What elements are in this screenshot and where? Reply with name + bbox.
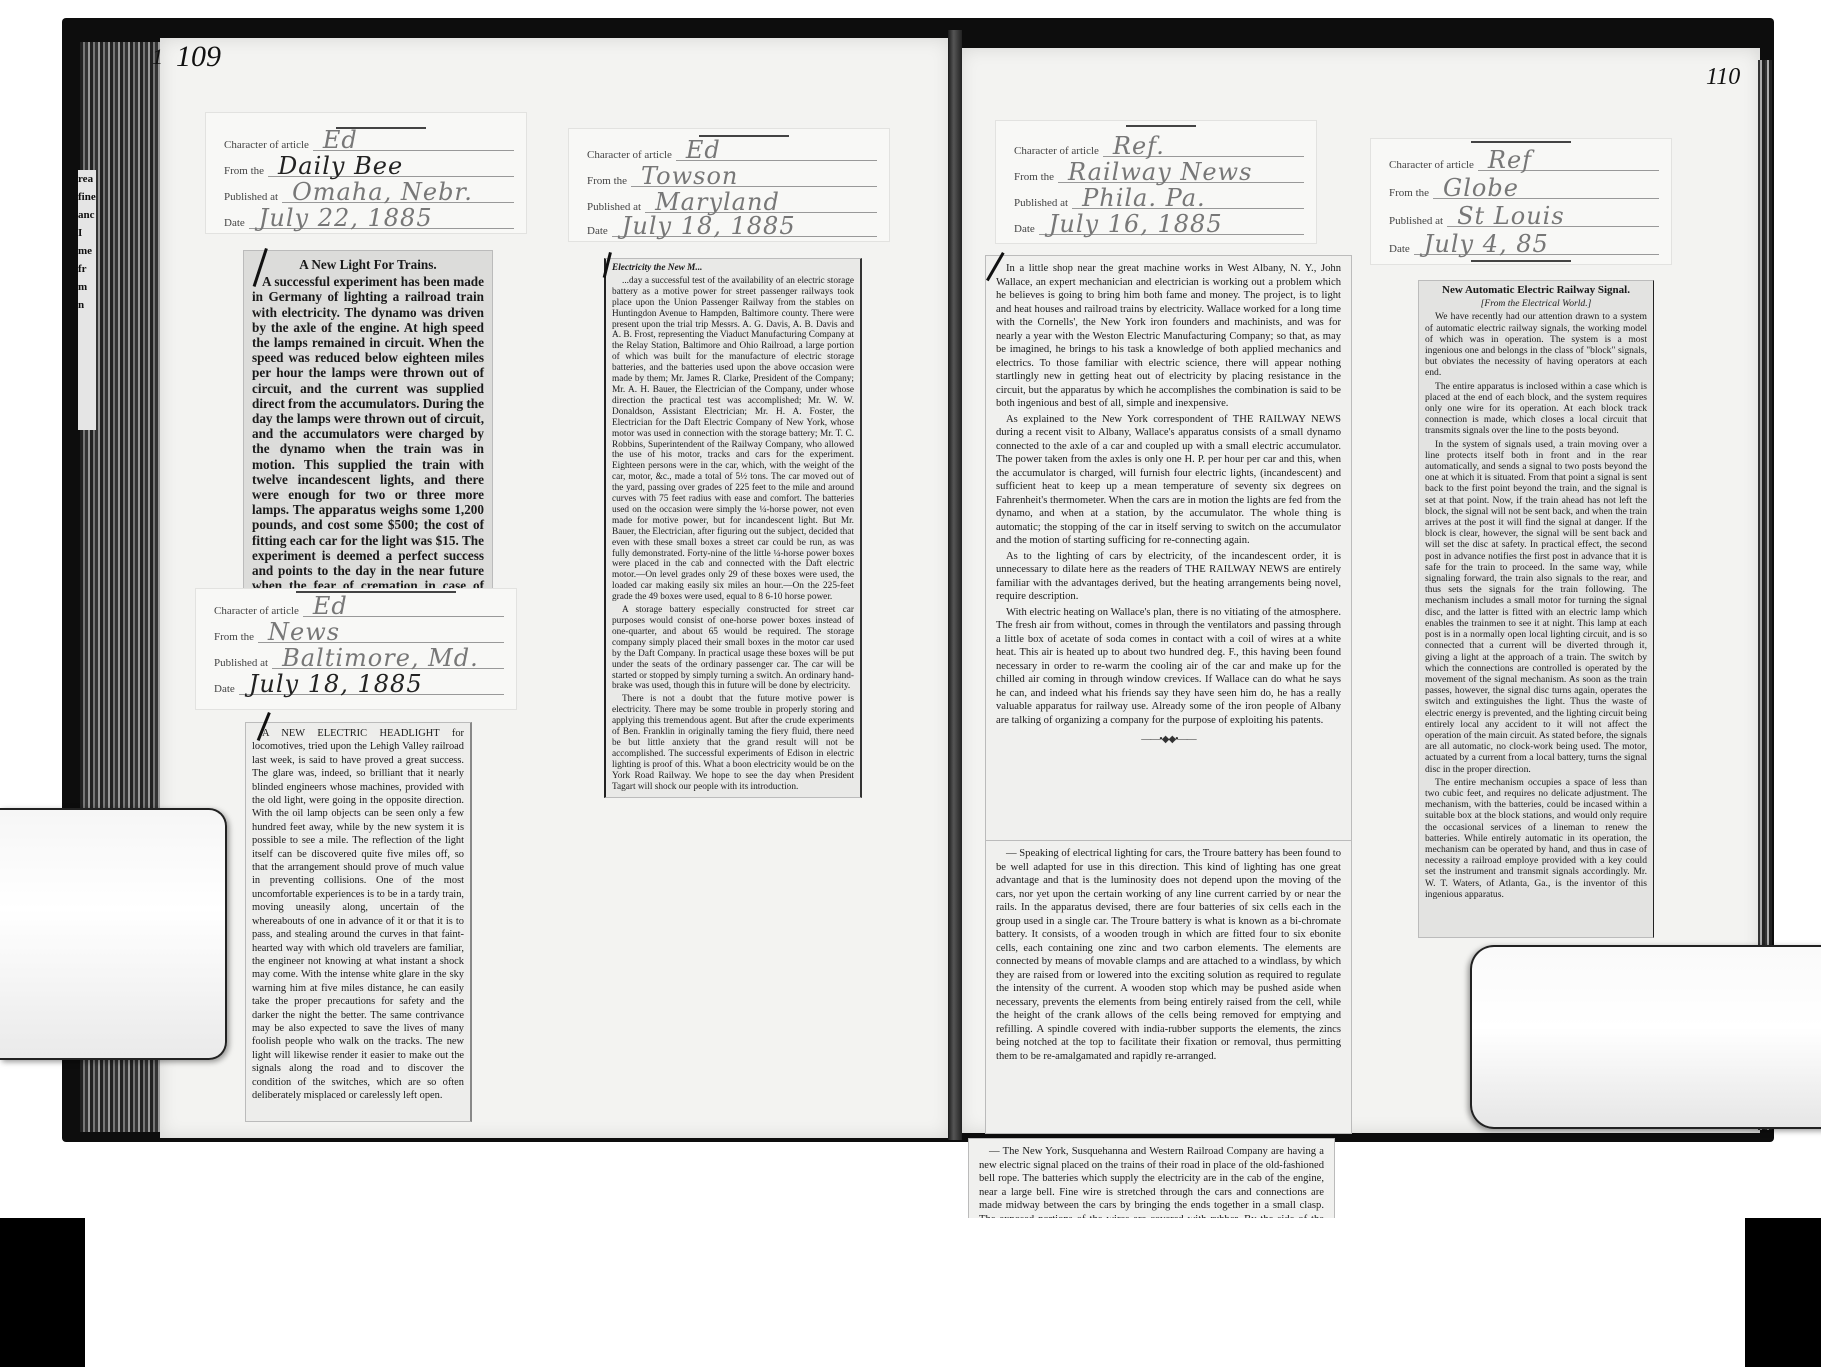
clipping-paragraph: ...day a successful test of the availabi… (612, 276, 854, 603)
published-label: Published at (224, 191, 278, 203)
date-line: July 16, 1885 (1039, 234, 1304, 235)
published-row: Published at Baltimore, Md. (214, 647, 504, 669)
from-value: News (268, 618, 340, 646)
left-page-number: 109 (176, 40, 221, 74)
from-line: Globe (1433, 198, 1659, 199)
from-row: From the Towson (587, 165, 877, 187)
from-value: Railway News (1068, 158, 1252, 186)
date-label: Date (214, 683, 235, 695)
date-line: July 22, 1885 (249, 228, 514, 229)
date-label: Date (1389, 243, 1410, 255)
fragment-text: fine (78, 188, 96, 206)
clipping-paragraph: As to the lighting of cars by electricit… (996, 550, 1341, 604)
fragment-text: anc (78, 206, 96, 224)
date-label: Date (1014, 223, 1035, 235)
from-label: From the (1014, 171, 1054, 183)
from-value: Globe (1443, 174, 1519, 202)
date-value: July 18, 1885 (249, 670, 423, 698)
clipping-automatic-railway-signal: New Automatic Electric Railway Signal. [… (1418, 280, 1654, 938)
date-row: Date July 16, 1885 (1014, 213, 1304, 235)
date-value: July 16, 1885 (1049, 210, 1223, 238)
scan-background (85, 1218, 1745, 1367)
character-row: Character of article Ed (587, 139, 877, 161)
clipping-paragraph: A storage battery especially constructed… (612, 605, 854, 692)
article-label-form: Character of article Ref From the Globe … (1370, 138, 1672, 265)
published-label: Published at (214, 657, 268, 669)
character-value: Ed (323, 126, 358, 154)
published-row: Published at Maryland (587, 191, 877, 213)
character-line: Ref (1478, 170, 1659, 171)
character-label: Character of article (214, 605, 299, 617)
form-rule (1126, 125, 1196, 127)
form-rule (1471, 141, 1571, 143)
clipping-paragraph: The entire mechanism occupies a space of… (1425, 777, 1647, 900)
character-row: Character of article Ed (224, 129, 514, 151)
scan-border (0, 1218, 85, 1367)
clipping-electric-headlight: A NEW ELECTRIC HEADLIGHT for locomotives… (245, 722, 472, 1122)
published-row: Published at St Louis (1389, 205, 1659, 227)
fragment-text: fr (78, 260, 96, 278)
from-line: Daily Bee (268, 176, 514, 177)
from-line: Towson (631, 186, 877, 187)
date-row: Date July 18, 1885 (587, 215, 877, 237)
clipping-title: A New Light For Trains. (252, 257, 484, 272)
character-label: Character of article (224, 139, 309, 151)
date-label: Date (587, 225, 608, 237)
paper-weight-left (0, 808, 227, 1060)
clipping-body: — Speaking of electrical lighting for ca… (996, 847, 1341, 1063)
published-line: Phila. Pa. (1072, 208, 1304, 209)
from-row: From the News (214, 621, 504, 643)
published-label: Published at (1389, 215, 1443, 227)
article-label-form: Character of article Ref. From the Railw… (995, 120, 1317, 244)
character-line: Ref. (1103, 156, 1304, 157)
from-row: From the Daily Bee (224, 155, 514, 177)
article-label-form: Character of article Ed From the News Pu… (195, 588, 517, 710)
character-value: Ed (313, 592, 348, 620)
clipping-paragraph: We have recently had our attention drawn… (1425, 311, 1647, 378)
character-value: Ref (1488, 146, 1532, 174)
published-row: Published at Omaha, Nebr. (224, 181, 514, 203)
right-page-number: 110 (1706, 64, 1740, 91)
published-value: St Louis (1457, 202, 1565, 230)
published-value: Baltimore, Md. (282, 644, 479, 672)
fragment-text: n (78, 296, 96, 314)
published-line: Baltimore, Md. (272, 668, 504, 669)
clipping-paragraph: As explained to the New York corresponde… (996, 413, 1341, 548)
fragment-text: rea (78, 170, 96, 188)
article-label-form: Character of article Ed From the Daily B… (205, 112, 527, 234)
published-row: Published at Phila. Pa. (1014, 187, 1304, 209)
date-row: Date July 18, 1885 (214, 673, 504, 695)
clipping-title: New Automatic Electric Railway Signal. (1425, 285, 1647, 296)
character-line: Ed (313, 150, 514, 151)
clipping-paragraph: In the system of signals used, a train m… (1425, 439, 1647, 775)
clipping-new-light-for-trains: A New Light For Trains. A successful exp… (243, 250, 493, 593)
date-line: July 18, 1885 (239, 694, 504, 695)
clipping-troure-battery: — Speaking of electrical lighting for ca… (985, 840, 1352, 1134)
from-value: Towson (641, 162, 738, 190)
date-line: July 18, 1885 (612, 236, 877, 237)
article-label-form: Character of article Ed From the Towson … (568, 128, 890, 242)
from-label: From the (224, 165, 264, 177)
book-spine (948, 30, 962, 1140)
date-value: July 18, 1885 (622, 212, 796, 240)
clipping-paragraph: The entire apparatus is inclosed within … (1425, 381, 1647, 437)
published-label: Published at (1014, 197, 1068, 209)
published-value: Phila. Pa. (1082, 184, 1206, 212)
character-label: Character of article (1014, 145, 1099, 157)
fragment-text: me (78, 242, 96, 260)
ornament-divider: ——•◆◆•—— (996, 733, 1341, 747)
character-value: Ref. (1113, 132, 1165, 160)
character-row: Character of article Ed (214, 595, 504, 617)
from-label: From the (214, 631, 254, 643)
from-value: Daily Bee (278, 152, 403, 180)
clipping-title: Electricity the New M... (612, 263, 854, 274)
character-value: Ed (686, 136, 721, 164)
from-line: Railway News (1058, 182, 1304, 183)
character-row: Character of article Ref. (1014, 135, 1304, 157)
from-row: From the Railway News (1014, 161, 1304, 183)
scan-border (1745, 1218, 1821, 1367)
form-rule (1471, 260, 1571, 262)
from-row: From the Globe (1389, 177, 1659, 199)
date-value: July 22, 1885 (259, 204, 433, 232)
published-line: St Louis (1447, 226, 1659, 227)
clipping-wallace-electric-heating: In a little shop near the great machine … (985, 255, 1352, 844)
clipping-paragraph: There is not a doubt that the future mot… (612, 694, 854, 792)
clipping-paragraph: In a little shop near the great machine … (996, 262, 1341, 411)
fragment-text: m (78, 278, 96, 296)
paper-weight-right (1470, 945, 1821, 1129)
clipping-source: [From the Electrical World.] (1425, 298, 1647, 309)
date-value: July 4, 85 (1424, 230, 1549, 258)
date-line: July 4, 85 (1414, 254, 1659, 255)
character-row: Character of article Ref (1389, 149, 1659, 171)
clipping-paragraph: With electric heating on Wallace's plan,… (996, 606, 1341, 728)
published-value: Omaha, Nebr. (292, 178, 473, 206)
previous-page-fragment: rea fine anc I me fr m n (78, 170, 96, 430)
character-label: Character of article (1389, 159, 1474, 171)
character-line: Ed (303, 616, 504, 617)
date-label: Date (224, 217, 245, 229)
character-line: Ed (676, 160, 877, 161)
left-page-mark: 1 (152, 44, 163, 70)
from-label: From the (587, 175, 627, 187)
date-row: Date July 22, 1885 (224, 207, 514, 229)
clipping-electricity-motive-power: Electricity the New M... ...day a succes… (604, 258, 862, 798)
from-line: News (258, 642, 504, 643)
clipping-body: A NEW ELECTRIC HEADLIGHT for locomotives… (252, 727, 464, 1102)
clipping-body: A successful experiment has been made in… (252, 274, 484, 593)
from-label: From the (1389, 187, 1429, 199)
character-label: Character of article (587, 149, 672, 161)
published-line: Omaha, Nebr. (282, 202, 514, 203)
date-row: Date July 4, 85 (1389, 233, 1659, 255)
fragment-text: I (78, 224, 96, 242)
